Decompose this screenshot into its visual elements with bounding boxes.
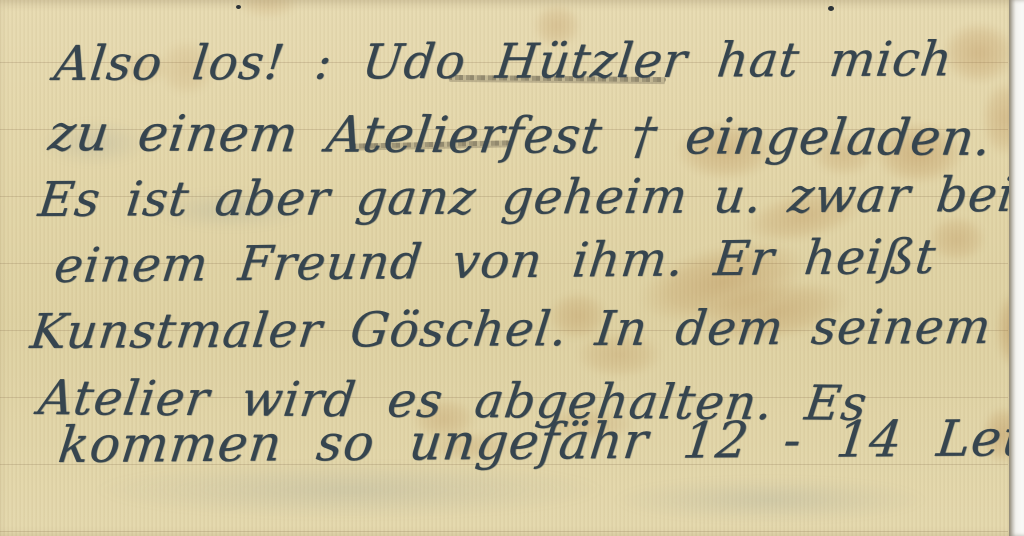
- scanned-note-page: Also los! : Udo Hützler hat mich zu eine…: [0, 0, 1024, 536]
- handwriting-line-3: Es ist aber ganz geheim u. zwar bei: [36, 171, 1017, 224]
- handwriting-line-7: kommen so ungefähr 12 - 14 Leute.: [56, 413, 1024, 470]
- handwriting-line-5: Kunstmaler Göschel. In dem seinem: [28, 303, 994, 356]
- stain: [238, 0, 298, 18]
- handwriting-line-1: Also los! : Udo Hützler hat mich: [52, 35, 955, 88]
- handwriting-line-4: einem Freund von ihm. Er heißt: [52, 233, 939, 290]
- ink-speck: [236, 5, 241, 9]
- bleed-through-smudge: [610, 478, 930, 522]
- ink-speck: [828, 6, 834, 11]
- handwriting-line-2: zu einem Atelierfest † eingeladen.: [46, 108, 995, 163]
- scan-edge: [1009, 0, 1024, 536]
